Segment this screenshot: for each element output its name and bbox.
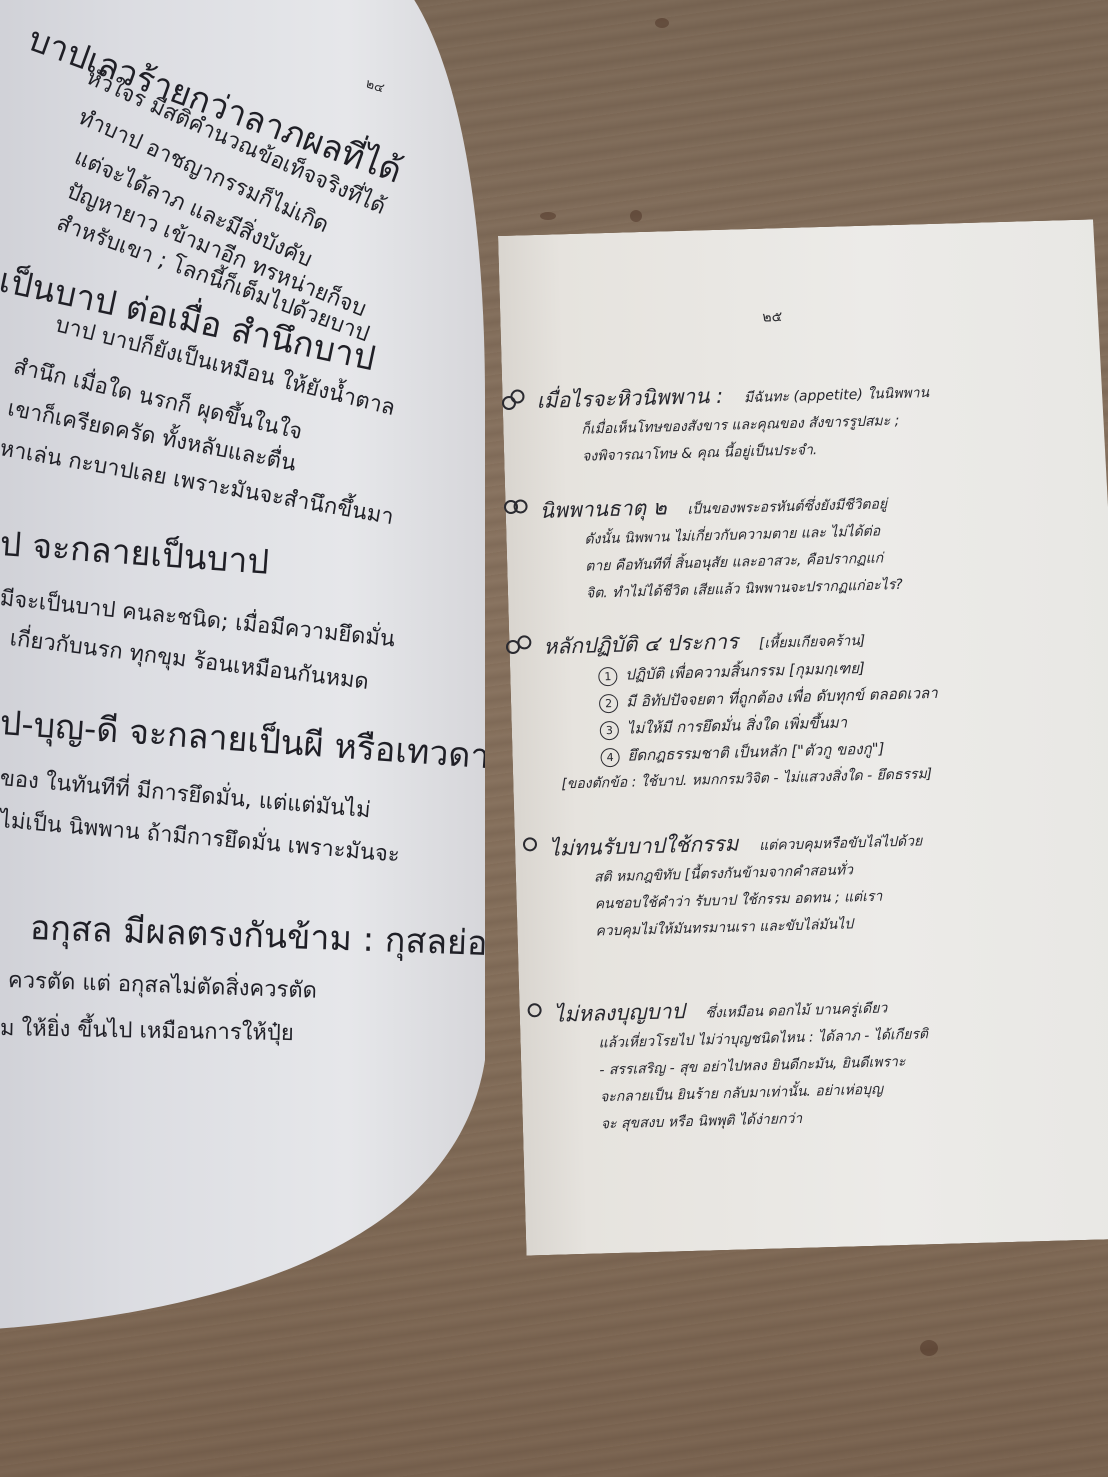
page-number: ๒๕ [762,306,782,329]
note-heading: ไม่ทนรับบาปใช้กรรม [549,832,739,861]
note-heading-aside: เป็นของพระอรหันต์ซึ่งยังมีชีวิตอยู่ [687,496,887,518]
page-number: ๒๔ [363,73,387,99]
note-heading: นิพพานธาตุ ๒ [539,495,667,523]
circle-bullet-icon [527,1003,541,1017]
handwritten-line: อกุสล มีผลตรงกันข้าม : กุสลย่อม [29,900,511,971]
wood-knot [540,212,556,220]
note-heading: หลักปฏิบัติ ๔ ประการ [543,629,738,658]
circled-number-icon: 3 [600,721,620,741]
circle-bullet-icon [523,837,537,851]
note-item: เมื่อไรจะหิวนิพพาน : มีฉันทะ (appetite) … [510,371,1108,473]
wood-knot [920,1340,938,1356]
numbered-item-text: ไม่ให้มี การยึดมั่น สิ่งใด เพิ่มขึ้นมา [627,713,848,737]
handwritten-line: ควรตัด แต่ อกุสลไม่ตัดสิ่งควรตัด [7,962,317,1008]
wood-knot [655,18,669,28]
circle-bullet-icon [504,500,518,514]
circled-number-icon: 1 [598,667,618,687]
note-item: ไม่ทนรับบาปใช้กรรม แต่ควบคุมหรือขับไล่ไป… [523,819,1108,948]
numbered-item-text: ปฏิบัติ เพื่อความสิ้นกรรม [กุมมกฺเฑย] [625,659,865,684]
handwritten-line: ป จะกลายเป็นบาป [0,516,271,589]
circled-number-icon: 4 [600,748,620,768]
note-item: ไม่หลงบุญบาป ซึ่งเหมือน ดอกไม้ บานครู่เด… [527,985,1108,1141]
right-page: ๒๕ เมื่อไรจะหิวนิพพาน : มีฉันทะ (appetit… [498,219,1108,1256]
note-heading-aside: แต่ควบคุมหรือขับไล่ไปด้วย [759,833,923,854]
note-item: นิพพานธาตุ ๒ เป็นของพระอรหันต์ซึ่งยังมีช… [513,481,1108,610]
circle-bullet-icon [506,640,520,654]
numbered-item-text: มี อิทัปปัจจยตา ที่ถูกต้อง เพื่อ ดับทุกข… [626,684,938,711]
handwritten-line: ม ให้ยิ่ง ขึ้นไป เหมือนการให้ปุ๋ย [0,1010,294,1050]
circled-number-icon: 2 [599,694,619,714]
numbered-item-text: ยึดกฎธรรมชาติ เป็นหลัก ["ตัวกู ของกู"] [627,739,884,764]
note-heading: ไม่หลงบุญบาป [553,999,685,1027]
left-page: ๒๔ บาปเลวร้ายกว่าลาภผลที่ได้ หัวใจร มีสต… [0,0,504,1450]
note-heading-aside: มีฉันทะ (appetite) ในนิพพาน [744,385,930,406]
note-heading-aside: [เหี้ยมเกียจคร้าน] [759,633,866,652]
circle-bullet-icon [502,396,516,410]
note-heading-aside: ซึ่งเหมือน ดอกไม้ บานครู่เดียว [705,1000,887,1021]
wood-knot [630,210,642,222]
note-item: หลักปฏิบัติ ๔ ประการ [เหี้ยมเกียจคร้าน] … [517,617,1108,800]
note-heading: เมื่อไรจะหิวนิพพาน : [536,384,723,413]
